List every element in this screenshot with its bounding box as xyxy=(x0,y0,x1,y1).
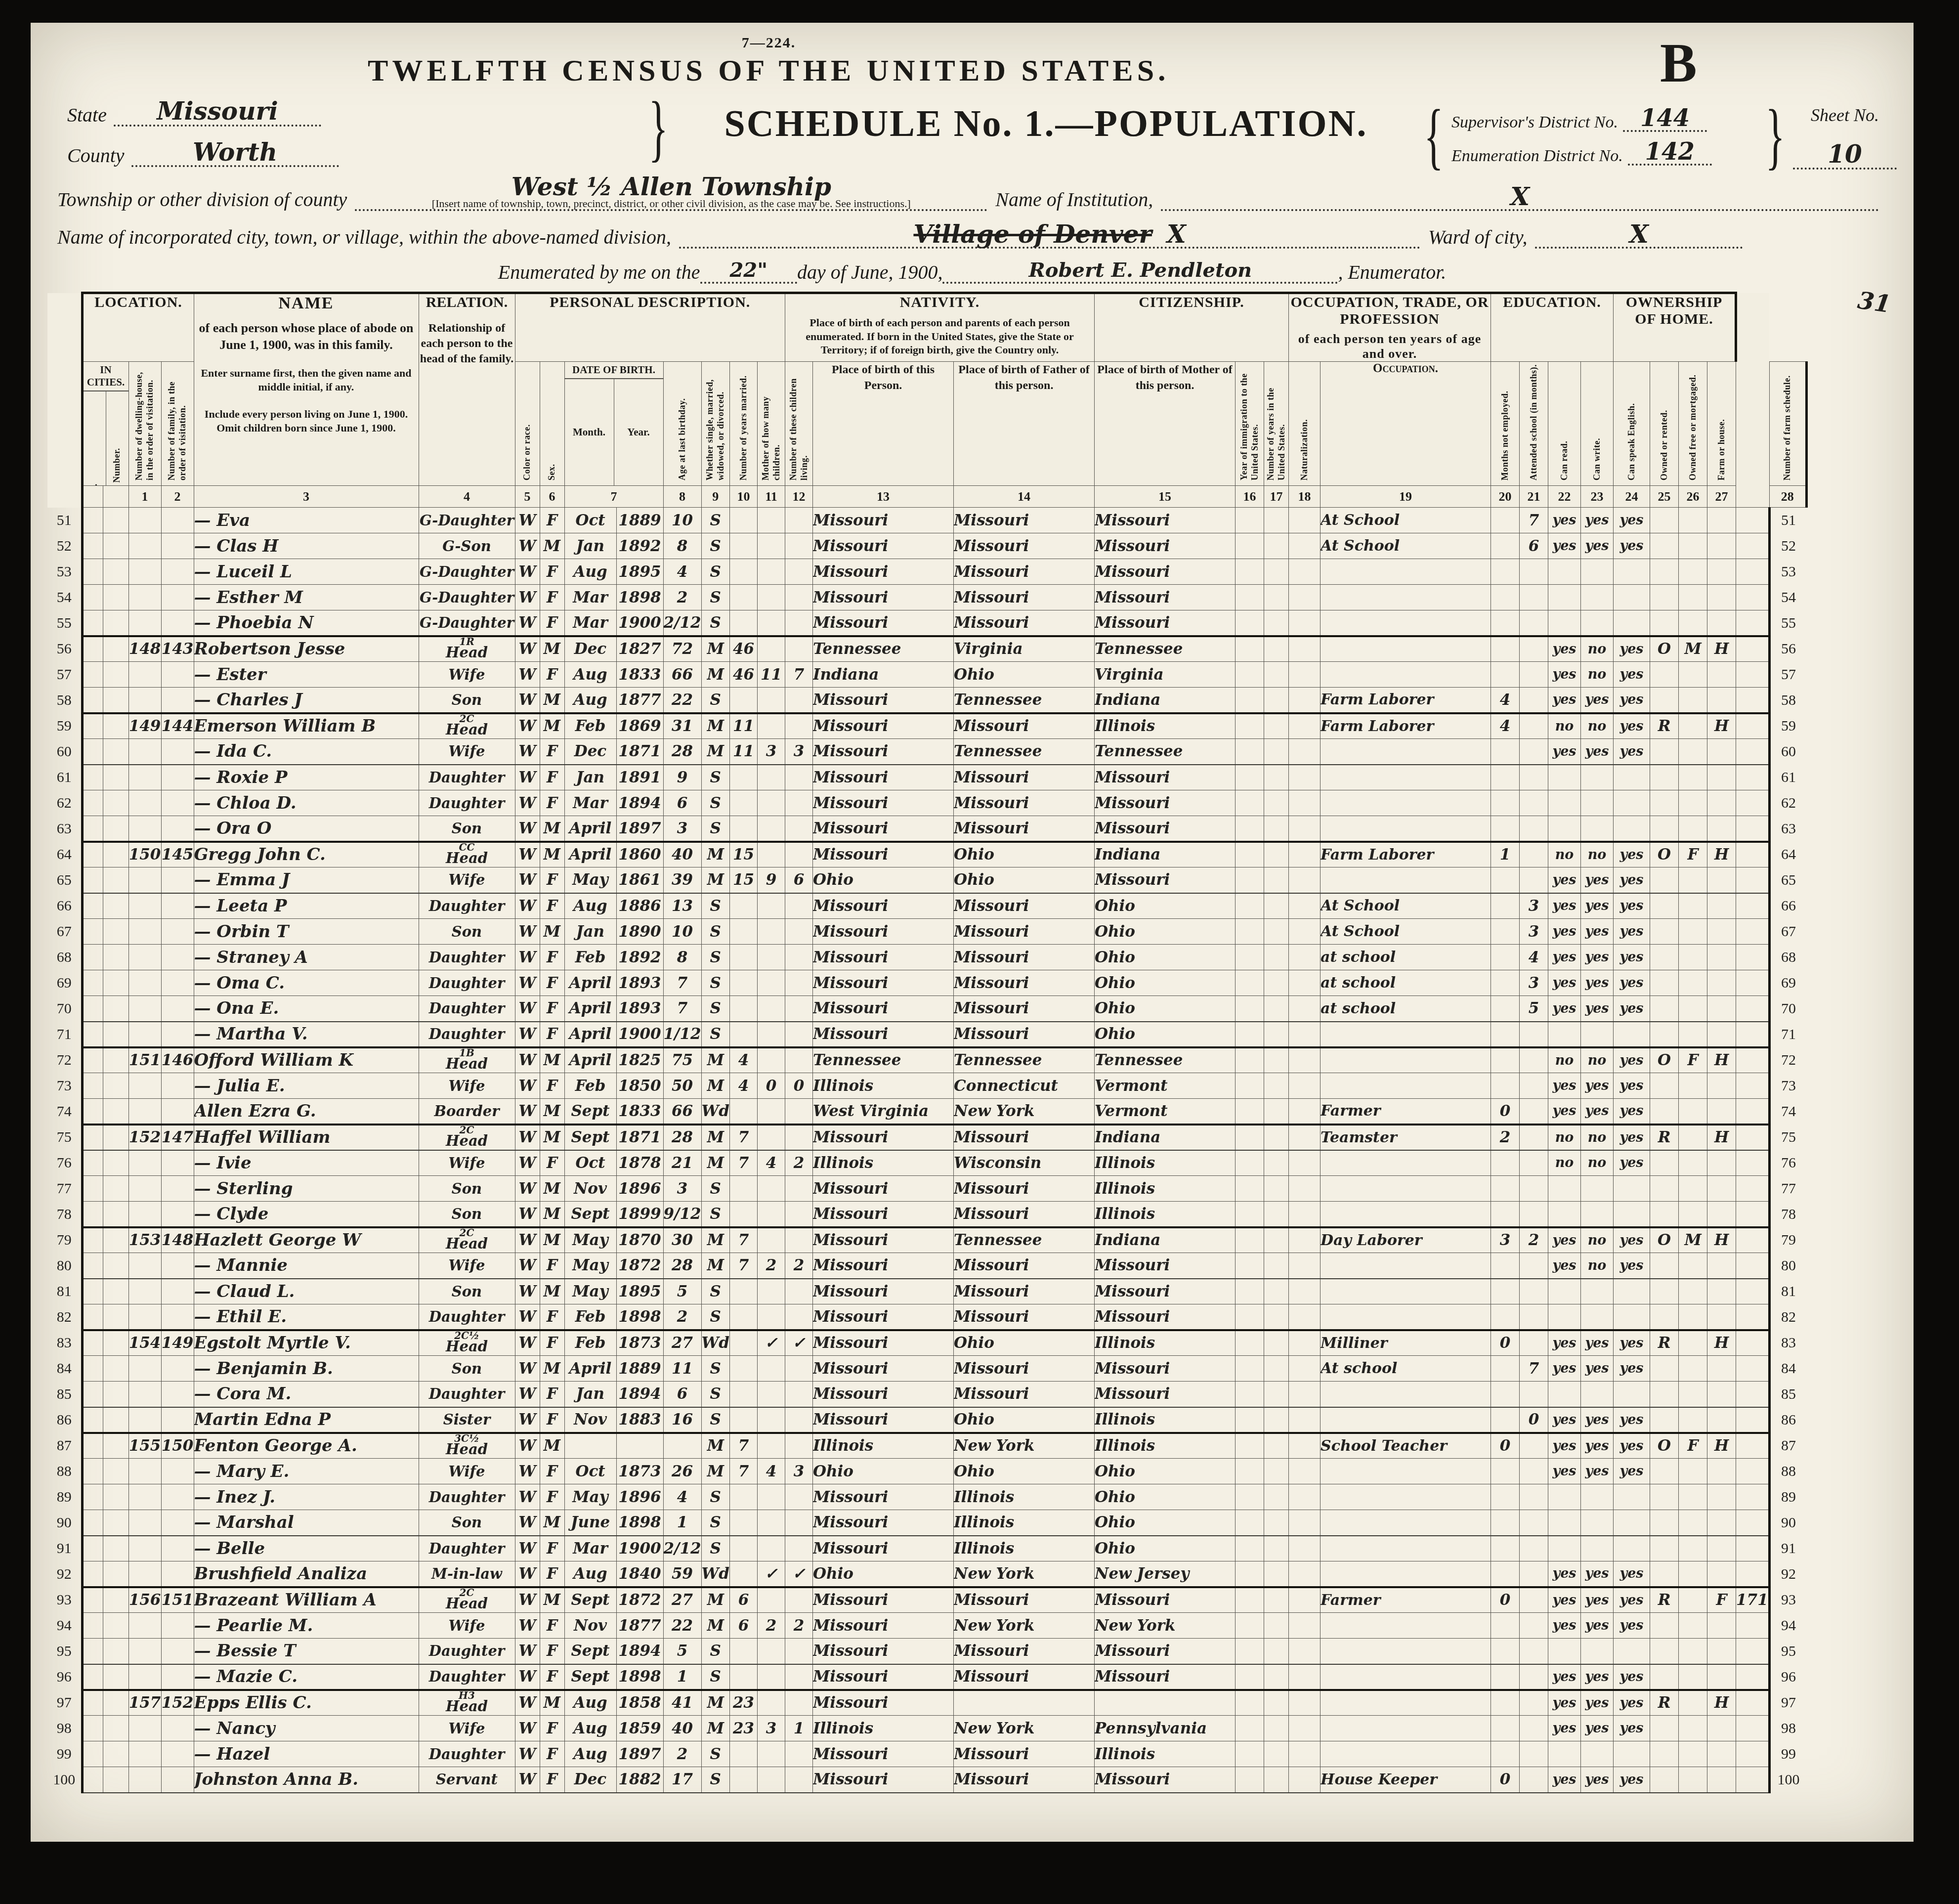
cell-oc xyxy=(1320,1536,1491,1561)
cell-cl: 7 xyxy=(785,662,813,688)
cell-fn xyxy=(1736,1279,1770,1304)
cell-cl xyxy=(785,919,813,945)
cell-f xyxy=(161,1741,194,1767)
cell-name: — Ethil E. xyxy=(194,1304,419,1330)
brace-right: } xyxy=(648,98,668,173)
cell-c: W xyxy=(515,1407,540,1433)
cell-f xyxy=(161,1561,194,1587)
cell-m: M xyxy=(701,1433,730,1459)
cell-pm: Missouri xyxy=(1095,867,1235,893)
cell-fh xyxy=(1707,1536,1736,1561)
line-number-right: 67 xyxy=(1769,919,1806,945)
cell-pb: Missouri xyxy=(813,996,954,1022)
cell-iy xyxy=(1235,636,1264,662)
cell-oc: At school xyxy=(1320,1356,1491,1382)
cell-age: 3 xyxy=(663,816,701,842)
cell-hn xyxy=(103,970,128,996)
cell-fh: H xyxy=(1707,713,1736,739)
cell-rel: Son xyxy=(419,1176,515,1202)
cell-st xyxy=(82,1227,103,1253)
cell-c: W xyxy=(515,1382,540,1407)
cell-iy xyxy=(1235,765,1264,790)
cell-oc xyxy=(1320,1561,1491,1587)
cell-pm: Missouri xyxy=(1095,559,1235,585)
cell-yr: 1893 xyxy=(616,970,663,996)
cell-pb: Missouri xyxy=(813,1510,954,1536)
cell-ym: 23 xyxy=(730,1716,758,1741)
cell-mu xyxy=(1491,970,1520,996)
cell-pf: Missouri xyxy=(954,1639,1095,1664)
cell-m: M xyxy=(701,739,730,765)
cell-yr: 1869 xyxy=(616,713,663,739)
cell-pb: Ohio xyxy=(813,1459,954,1484)
census-rows: 51— EvaG-DaughterWFOct188910SMissouriMis… xyxy=(47,508,1806,1793)
cell-st xyxy=(82,945,103,970)
cell-pf: Wisconsin xyxy=(954,1150,1095,1176)
cell-hn xyxy=(103,585,128,610)
cell-mu xyxy=(1491,1536,1520,1561)
cell-fh xyxy=(1707,919,1736,945)
cell-iy xyxy=(1235,1767,1264,1793)
cell-cl: 3 xyxy=(785,1459,813,1484)
cell-c: W xyxy=(515,816,540,842)
table-header: LOCATION. NAME of each person whose plac… xyxy=(47,293,1806,508)
cell-f xyxy=(161,1202,194,1227)
cell-mc xyxy=(758,1227,785,1253)
cell-hn xyxy=(103,1253,128,1279)
cell-sc xyxy=(1520,1639,1548,1664)
line-number-left: 65 xyxy=(47,867,82,893)
cell-fn xyxy=(1736,739,1770,765)
line-number-left: 51 xyxy=(47,508,82,533)
cell-fn xyxy=(1736,1202,1770,1227)
cell-mo: Sept xyxy=(564,1099,616,1125)
cell-mc xyxy=(758,1176,785,1202)
line-number-right: 53 xyxy=(1769,559,1806,585)
cell-cl xyxy=(785,970,813,996)
cell-iy xyxy=(1235,816,1264,842)
cell-cl xyxy=(785,533,813,559)
cell-mo: Feb xyxy=(564,1073,616,1099)
cell-mu: 0 xyxy=(1491,1330,1520,1356)
cell-pm: Ohio xyxy=(1095,996,1235,1022)
cell-age: 2/12 xyxy=(663,610,701,636)
cell-om xyxy=(1679,1510,1707,1536)
table-row: 71— Martha V.DaughterWFApril19001/12SMis… xyxy=(47,1022,1806,1047)
cell-rd xyxy=(1548,1202,1581,1227)
cell-hn xyxy=(103,765,128,790)
line-number-left: 55 xyxy=(47,610,82,636)
cell-st xyxy=(82,996,103,1022)
cell-pf: Missouri xyxy=(954,1664,1095,1690)
line-number-right: 83 xyxy=(1769,1330,1806,1356)
cell-s: F xyxy=(540,893,564,919)
cell-oc xyxy=(1320,1022,1491,1047)
cell-pf: Missouri xyxy=(954,1253,1095,1279)
cell-pb: Missouri xyxy=(813,1536,954,1561)
cell-c: W xyxy=(515,610,540,636)
line-number-right: 86 xyxy=(1769,1407,1806,1433)
cell-fn xyxy=(1736,713,1770,739)
cell-mu: 0 xyxy=(1491,1587,1520,1613)
cell-rel: Daughter xyxy=(419,945,515,970)
cell-pm: Ohio xyxy=(1095,970,1235,996)
cell-c: W xyxy=(515,1150,540,1176)
cell-fn xyxy=(1736,1356,1770,1382)
cell-age: 2 xyxy=(663,1741,701,1767)
cell-cl xyxy=(785,1433,813,1459)
cell-name: — Bessie T xyxy=(194,1639,419,1664)
cell-hn xyxy=(103,1510,128,1536)
table-row: 53— Luceil LG-DaughterWFAug18954SMissour… xyxy=(47,559,1806,585)
line-number-left: 83 xyxy=(47,1330,82,1356)
cell-s: F xyxy=(540,559,564,585)
table-row: 64150145Gregg John C.CCHeadWMApril186040… xyxy=(47,842,1806,867)
cell-mo: Dec xyxy=(564,1767,616,1793)
cell-pf: Illinois xyxy=(954,1484,1095,1510)
cell-cl: ✓ xyxy=(785,1330,813,1356)
cell-c: W xyxy=(515,1484,540,1510)
cell-yu xyxy=(1264,842,1289,867)
cell-pb: Missouri xyxy=(813,842,954,867)
cell-ym xyxy=(730,1176,758,1202)
cell-om xyxy=(1679,1022,1707,1047)
enumeration-district-label: Enumeration District No. xyxy=(1451,147,1623,166)
cell-om xyxy=(1679,1484,1707,1510)
cell-wr: yes xyxy=(1581,945,1614,970)
cell-pm: Missouri xyxy=(1095,1356,1235,1382)
cell-cl xyxy=(785,1227,813,1253)
cell-sc xyxy=(1520,1536,1548,1561)
cell-rd: yes xyxy=(1548,1561,1581,1587)
cell-sc xyxy=(1520,1047,1548,1073)
cell-pf: Missouri xyxy=(954,1356,1095,1382)
cell-pb: Missouri xyxy=(813,945,954,970)
cell-f xyxy=(161,1484,194,1510)
cell-om xyxy=(1679,1125,1707,1150)
cell-rel: Daughter xyxy=(419,1484,515,1510)
cell-wr: no xyxy=(1581,842,1614,867)
cell-m: S xyxy=(701,688,730,713)
cell-ow xyxy=(1650,1202,1679,1227)
cell-pm: Missouri xyxy=(1095,765,1235,790)
cell-rel: Son xyxy=(419,688,515,713)
cell-st xyxy=(82,662,103,688)
cell-fh: H xyxy=(1707,1330,1736,1356)
cell-mo: Aug xyxy=(564,662,616,688)
line-number-left: 90 xyxy=(47,1510,82,1536)
line-number-left: 71 xyxy=(47,1022,82,1047)
cell-pf: Missouri xyxy=(954,559,1095,585)
cell-yr: 1898 xyxy=(616,585,663,610)
cell-c: W xyxy=(515,1587,540,1613)
cell-d xyxy=(128,1356,161,1382)
cell-ym: 4 xyxy=(730,1047,758,1073)
cell-en xyxy=(1614,1510,1650,1536)
cell-m: S xyxy=(701,1407,730,1433)
cell-om xyxy=(1679,1099,1707,1125)
cell-pm: Illinois xyxy=(1095,1741,1235,1767)
cell-d: 155 xyxy=(128,1433,161,1459)
col-street: Street. xyxy=(89,393,100,486)
cell-mc: 2 xyxy=(758,1253,785,1279)
cell-s: F xyxy=(540,765,564,790)
cell-f xyxy=(161,790,194,816)
cell-pf: Connecticut xyxy=(954,1073,1095,1099)
cell-mc xyxy=(758,1510,785,1536)
cell-fh xyxy=(1707,1176,1736,1202)
cell-sc xyxy=(1520,1433,1548,1459)
cell-rd: yes xyxy=(1548,1253,1581,1279)
cell-m: S xyxy=(701,1639,730,1664)
cell-st xyxy=(82,1459,103,1484)
cell-name: — Inez J. xyxy=(194,1484,419,1510)
cell-d xyxy=(128,1767,161,1793)
line-number-left: 99 xyxy=(47,1741,82,1767)
cell-rd: yes xyxy=(1548,1459,1581,1484)
sheet-no-value: 10 xyxy=(1793,140,1897,170)
cell-pf: Ohio xyxy=(954,1330,1095,1356)
line-number-left: 70 xyxy=(47,996,82,1022)
cell-c: W xyxy=(515,662,540,688)
cell-ow xyxy=(1650,559,1679,585)
cell-hn xyxy=(103,790,128,816)
col-farm-or-house: Farm or house. xyxy=(1707,362,1736,486)
line-number-right: 55 xyxy=(1769,610,1806,636)
cell-pf: Missouri xyxy=(954,970,1095,996)
cell-st xyxy=(82,1279,103,1304)
cell-mo: Oct xyxy=(564,1459,616,1484)
cell-oc: at school xyxy=(1320,970,1491,996)
cell-name: — Belle xyxy=(194,1536,419,1561)
cell-oc: At School xyxy=(1320,508,1491,533)
cell-yu xyxy=(1264,1561,1289,1587)
cell-yu xyxy=(1264,1227,1289,1253)
table-row: 91— BelleDaughterWFMar19002/12SMissouriI… xyxy=(47,1536,1806,1561)
cell-iy xyxy=(1235,919,1264,945)
cell-sc: 5 xyxy=(1520,996,1548,1022)
cell-pm: Missouri xyxy=(1095,1253,1235,1279)
table-row: 66— Leeta PDaughterWFAug188613SMissouriM… xyxy=(47,893,1806,919)
cell-mo: Jan xyxy=(564,1382,616,1407)
cell-pb: Illinois xyxy=(813,1073,954,1099)
line-number-right: 71 xyxy=(1769,1022,1806,1047)
cell-c: W xyxy=(515,1536,540,1561)
line-number-left: 100 xyxy=(47,1767,82,1793)
line-number-right: 76 xyxy=(1769,1150,1806,1176)
cell-iy xyxy=(1235,1741,1264,1767)
cell-mu xyxy=(1491,1047,1520,1073)
cell-age: 8 xyxy=(663,533,701,559)
line-number-left: 82 xyxy=(47,1304,82,1330)
cell-name: — Orbin T xyxy=(194,919,419,945)
cell-mu xyxy=(1491,1150,1520,1176)
cell-f: 143 xyxy=(161,636,194,662)
cell-yr: 1895 xyxy=(616,1279,663,1304)
cell-na xyxy=(1289,816,1320,842)
cell-fh xyxy=(1707,1613,1736,1639)
cell-iy xyxy=(1235,790,1264,816)
cell-f: 144 xyxy=(161,713,194,739)
cell-f xyxy=(161,1536,194,1561)
cell-fn xyxy=(1736,996,1770,1022)
cell-s: M xyxy=(540,713,564,739)
cell-s: M xyxy=(540,1690,564,1716)
cell-ow xyxy=(1650,996,1679,1022)
cell-d: 156 xyxy=(128,1587,161,1613)
cell-sc: 2 xyxy=(1520,1227,1548,1253)
cell-om xyxy=(1679,662,1707,688)
cell-fh xyxy=(1707,559,1736,585)
cell-wr: yes xyxy=(1581,1459,1614,1484)
table-row: 99— HazelDaughterWFAug18972SMissouriMiss… xyxy=(47,1741,1806,1767)
cell-sc xyxy=(1520,739,1548,765)
col-birth-month: Month. xyxy=(573,426,605,438)
cell-pm: Ohio xyxy=(1095,1536,1235,1561)
cell-iy xyxy=(1235,1639,1264,1664)
cell-sc: 4 xyxy=(1520,945,1548,970)
cell-pm: Missouri xyxy=(1095,816,1235,842)
line-number-right: 54 xyxy=(1769,585,1806,610)
line-number-right: 96 xyxy=(1769,1664,1806,1690)
cell-c: W xyxy=(515,1741,540,1767)
cell-mo: Feb xyxy=(564,713,616,739)
cell-mo: Feb xyxy=(564,1304,616,1330)
cell-fh xyxy=(1707,790,1736,816)
cell-mo: Aug xyxy=(564,1561,616,1587)
cell-s: F xyxy=(540,867,564,893)
cell-f: 145 xyxy=(161,842,194,867)
cell-pb: Missouri xyxy=(813,919,954,945)
cell-fh xyxy=(1707,662,1736,688)
cell-pm: Ohio xyxy=(1095,893,1235,919)
cell-m: S xyxy=(701,1382,730,1407)
cell-oc: At School xyxy=(1320,893,1491,919)
col-months-not-employed: Months not employed. xyxy=(1491,362,1520,486)
cell-pm: Missouri xyxy=(1095,790,1235,816)
cell-ow xyxy=(1650,688,1679,713)
table-row: 96— Mazie C.DaughterWFSept18981SMissouri… xyxy=(47,1664,1806,1690)
cell-oc xyxy=(1320,1407,1491,1433)
cell-name: — Cora M. xyxy=(194,1382,419,1407)
cell-age: 1 xyxy=(663,1510,701,1536)
cell-m: M xyxy=(701,1047,730,1073)
cell-pf: Virginia xyxy=(954,636,1095,662)
cell-f xyxy=(161,1304,194,1330)
cell-yu xyxy=(1264,919,1289,945)
cell-yu xyxy=(1264,1664,1289,1690)
cell-en xyxy=(1614,1484,1650,1510)
cell-om xyxy=(1679,945,1707,970)
cell-mo: Nov xyxy=(564,1613,616,1639)
cell-rd: yes xyxy=(1548,1690,1581,1716)
cell-st xyxy=(82,1407,103,1433)
cell-yr: 1825 xyxy=(616,1047,663,1073)
cell-mo: Aug xyxy=(564,688,616,713)
cell-iy xyxy=(1235,945,1264,970)
cell-wr: yes xyxy=(1581,867,1614,893)
cell-mc xyxy=(758,1356,785,1382)
line-number-left: 62 xyxy=(47,790,82,816)
cell-m: M xyxy=(701,713,730,739)
cell-yu xyxy=(1264,1587,1289,1613)
cell-na xyxy=(1289,1099,1320,1125)
table-row: 59149144Emerson William B2CHeadWMFeb1869… xyxy=(47,713,1806,739)
cell-mu xyxy=(1491,610,1520,636)
cell-age: 21 xyxy=(663,1150,701,1176)
cell-mo: May xyxy=(564,1484,616,1510)
cell-ow xyxy=(1650,1484,1679,1510)
cell-na xyxy=(1289,1536,1320,1561)
cell-rd: yes xyxy=(1548,1587,1581,1613)
cell-name: Haffel William xyxy=(194,1125,419,1150)
table-row: 78— ClydeSonWMSept18999/12SMissouriMisso… xyxy=(47,1202,1806,1227)
cell-yr: 1833 xyxy=(616,662,663,688)
cell-ow xyxy=(1650,970,1679,996)
cell-hn xyxy=(103,559,128,585)
col-naturalization: Naturalization. xyxy=(1289,362,1320,486)
cell-d xyxy=(128,1022,161,1047)
cell-sc xyxy=(1520,1099,1548,1125)
cell-pm: Virginia xyxy=(1095,662,1235,688)
cell-sc xyxy=(1520,1741,1548,1767)
cell-mo: April xyxy=(564,842,616,867)
cell-na xyxy=(1289,1279,1320,1304)
cell-ym: 46 xyxy=(730,636,758,662)
cell-mu: 0 xyxy=(1491,1099,1520,1125)
cell-c: W xyxy=(515,1279,540,1304)
cell-en: yes xyxy=(1614,1253,1650,1279)
ward-label: Ward of city, xyxy=(1428,225,1527,249)
cell-fn xyxy=(1736,1716,1770,1741)
cell-ow: O xyxy=(1650,1047,1679,1073)
cell-pf: Missouri xyxy=(954,996,1095,1022)
cell-pm: Missouri xyxy=(1095,508,1235,533)
cell-ym xyxy=(730,919,758,945)
cell-mo: Feb xyxy=(564,945,616,970)
cell-hn xyxy=(103,688,128,713)
cell-rel: Son xyxy=(419,1356,515,1382)
col-pob-person: Place of birth of this Person. xyxy=(813,362,954,486)
cell-cl: ✓ xyxy=(785,1561,813,1587)
cell-fh: H xyxy=(1707,1047,1736,1073)
enumerated-post: , Enumerator. xyxy=(1338,260,1446,284)
cell-m: M xyxy=(701,662,730,688)
cell-mc xyxy=(758,1536,785,1561)
cell-c: W xyxy=(515,842,540,867)
table-row: 52— Clas HG-SonWMJan18928SMissouriMissou… xyxy=(47,533,1806,559)
cell-wr: yes xyxy=(1581,1664,1614,1690)
cell-mo: Oct xyxy=(564,508,616,533)
cell-yr: 1883 xyxy=(616,1407,663,1433)
cell-rd: yes xyxy=(1548,688,1581,713)
cell-yr: 1894 xyxy=(616,1639,663,1664)
cell-pb: Missouri xyxy=(813,585,954,610)
cell-s: F xyxy=(540,1767,564,1793)
cell-na xyxy=(1289,996,1320,1022)
line-number-left: 58 xyxy=(47,688,82,713)
cell-d xyxy=(128,533,161,559)
cell-pf: Missouri xyxy=(954,610,1095,636)
cell-cl xyxy=(785,1690,813,1716)
cell-om xyxy=(1679,893,1707,919)
cell-om xyxy=(1679,610,1707,636)
cell-age: 26 xyxy=(663,1459,701,1484)
cell-s: F xyxy=(540,790,564,816)
cell-s: F xyxy=(540,1561,564,1587)
cell-d xyxy=(128,610,161,636)
cell-iy xyxy=(1235,1047,1264,1073)
